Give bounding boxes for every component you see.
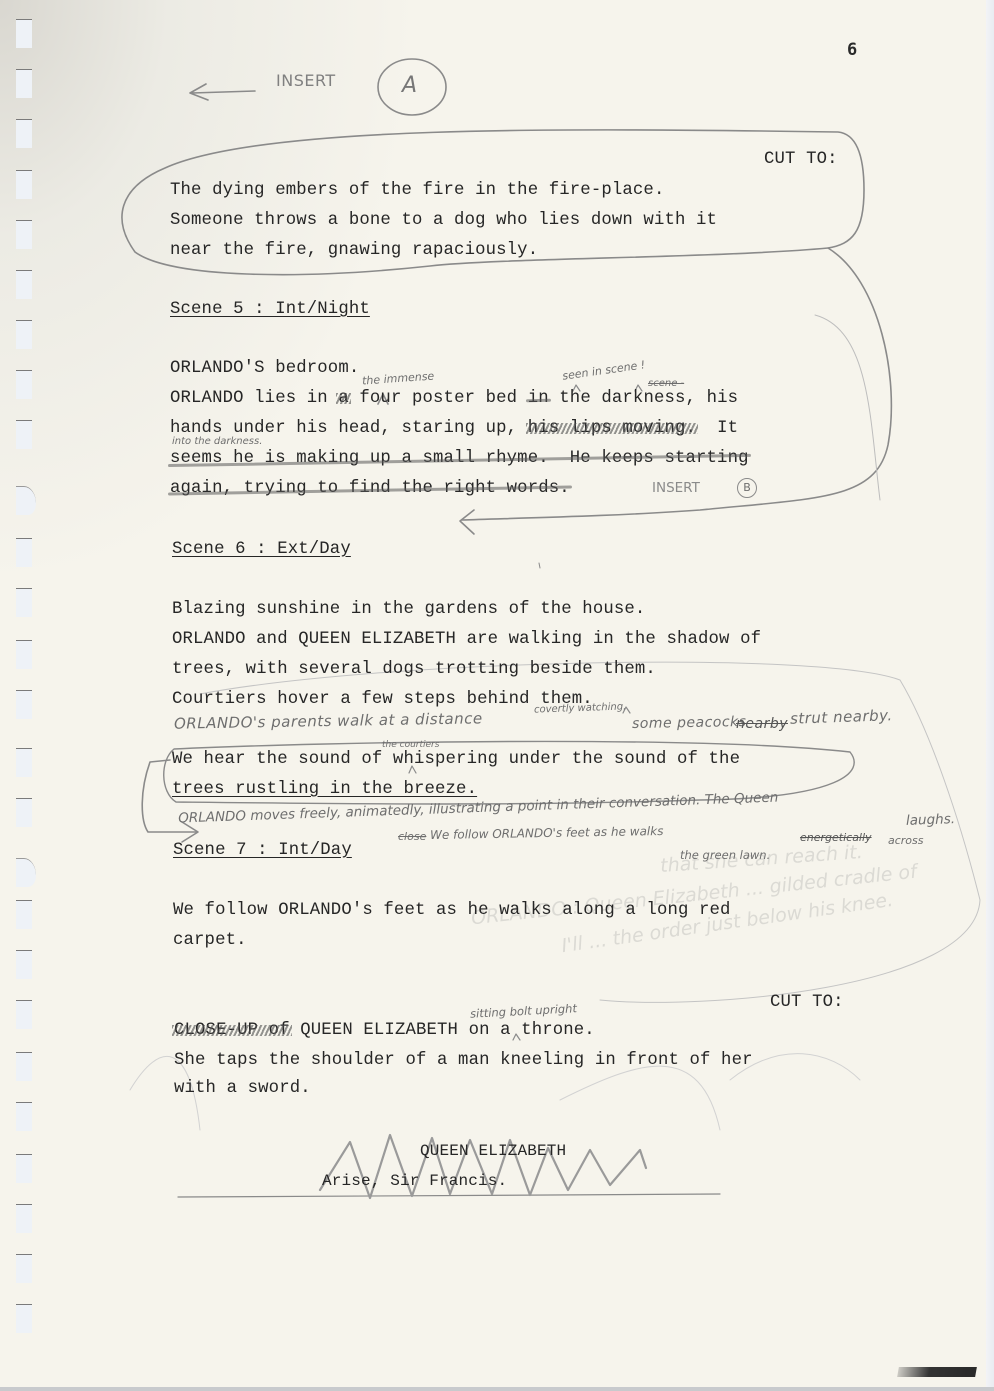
action-line: We follow ORLANDO's feet as he walks alo… (173, 896, 731, 926)
binder-hole (16, 170, 32, 199)
transition-cut-to: CUT TO: (770, 988, 844, 1018)
handwritten-note: seen in scene ! (562, 358, 646, 382)
action-line: seems he is making up a small rhyme. He … (170, 444, 749, 474)
character-cue: QUEEN ELIZABETH (420, 1136, 566, 1166)
struck-text: seems he is making up a small rhyme. He … (170, 449, 749, 468)
text: QUEEN ELIZABETH on a throne. (290, 1021, 595, 1040)
scene-heading: Scene 5 : Int/Night (170, 295, 370, 325)
binder-hole (16, 1204, 32, 1233)
binder-hole (16, 640, 32, 669)
action-line: Blazing sunshine in the gardens of the h… (172, 595, 645, 625)
binder-hole (16, 1052, 32, 1081)
binder-hole (16, 270, 32, 299)
handwritten-note: into the darkness. (172, 436, 262, 447)
action-line: near the fire, gnawing rapaciously. (170, 236, 538, 266)
ink-smudge (897, 1367, 977, 1377)
binder-hole (16, 370, 32, 399)
binder-hole (16, 420, 32, 449)
action-line: The dying embers of the fire in the fire… (170, 176, 664, 206)
handwritten-note: We follow ORLANDO's feet as he walks (430, 824, 664, 842)
struck-text: his lips moving. (528, 419, 696, 438)
action-line: trees, with several dogs trotting beside… (172, 655, 656, 685)
binder-hole (16, 119, 32, 148)
binder-hole (16, 19, 32, 48)
text: ORLANDO lies in (170, 389, 338, 408)
script-page: that she can reach it. ORLANDO : Queen E… (0, 0, 994, 1391)
handwritten-note: the green lawn. (680, 848, 770, 862)
page-edge (0, 1387, 994, 1391)
action-line: She taps the shoulder of a man kneeling … (174, 1046, 753, 1076)
binder-hole (16, 1154, 32, 1183)
action-line: again, trying to find the right words. (170, 474, 570, 504)
handwritten-note-struck: close (398, 830, 426, 843)
arrow-left-icon (190, 84, 255, 100)
struck-text: again, trying to find the right words. (170, 479, 570, 498)
handwritten-note: covertly watching. (534, 701, 627, 715)
binder-hole (16, 798, 32, 827)
binder-hole (16, 320, 32, 349)
action-line: ORLANDO and QUEEN ELIZABETH are walking … (172, 625, 761, 655)
binder-hole (16, 748, 32, 777)
text: It (696, 419, 738, 438)
action-line: CLOSE-UP of QUEEN ELIZABETH on a throne. (174, 1016, 595, 1046)
handwritten-note-struck: energetically (800, 831, 872, 844)
handwritten-note: across (888, 834, 924, 847)
struck-text: a (338, 389, 349, 408)
binder-hole (16, 538, 32, 567)
binder-hole (16, 900, 32, 929)
binder-hole-torn (16, 486, 36, 515)
action-line: ORLANDO'S bedroom. (170, 354, 359, 384)
action-line: Someone throws a bone to a dog who lies … (170, 206, 717, 236)
action-line: with a sword. (174, 1074, 311, 1104)
binder-hole (16, 588, 32, 617)
binder-hole (16, 220, 32, 249)
page-edge (986, 0, 994, 1391)
binder-hole (16, 1102, 32, 1131)
handwritten-note-struck: nearby (736, 716, 788, 732)
insert-a-note: INSERT (276, 71, 336, 90)
action-line-circled: We hear the sound of whispering under th… (172, 745, 740, 775)
struck-text: in (528, 389, 549, 408)
handwritten-note: some peacocks (632, 714, 747, 732)
action-line-circled: trees rustling in the breeze. (172, 775, 477, 805)
binder-hole (16, 1000, 32, 1029)
handwritten-note: strut nearby. (790, 706, 893, 728)
scene-heading: Scene 7 : Int/Day (173, 836, 352, 866)
page-number: 6 (847, 40, 857, 60)
text: four poster bed (349, 389, 528, 408)
insert-a-letter: A (402, 73, 418, 98)
handwritten-note: laughs. (906, 811, 956, 829)
dialogue-line: Arise, Sir Francis. (322, 1166, 507, 1196)
insert-b-letter: B (737, 478, 757, 498)
binder-hole (16, 690, 32, 719)
scene-heading: Scene 6 : Ext/Day (172, 535, 351, 565)
struck-text: CLOSE-UP of (174, 1021, 290, 1040)
binder-hole-torn (16, 858, 36, 887)
text: the darkness, his (549, 389, 738, 408)
binder-hole (16, 1254, 32, 1283)
binder-hole (16, 1304, 32, 1333)
binder-hole (16, 950, 32, 979)
transition-cut-to: CUT TO: (764, 145, 838, 175)
insert-b-note: INSERT (652, 480, 700, 496)
handwritten-note-struck: scene - (648, 378, 684, 389)
binder-hole (16, 69, 32, 98)
action-line: carpet. (173, 926, 247, 956)
